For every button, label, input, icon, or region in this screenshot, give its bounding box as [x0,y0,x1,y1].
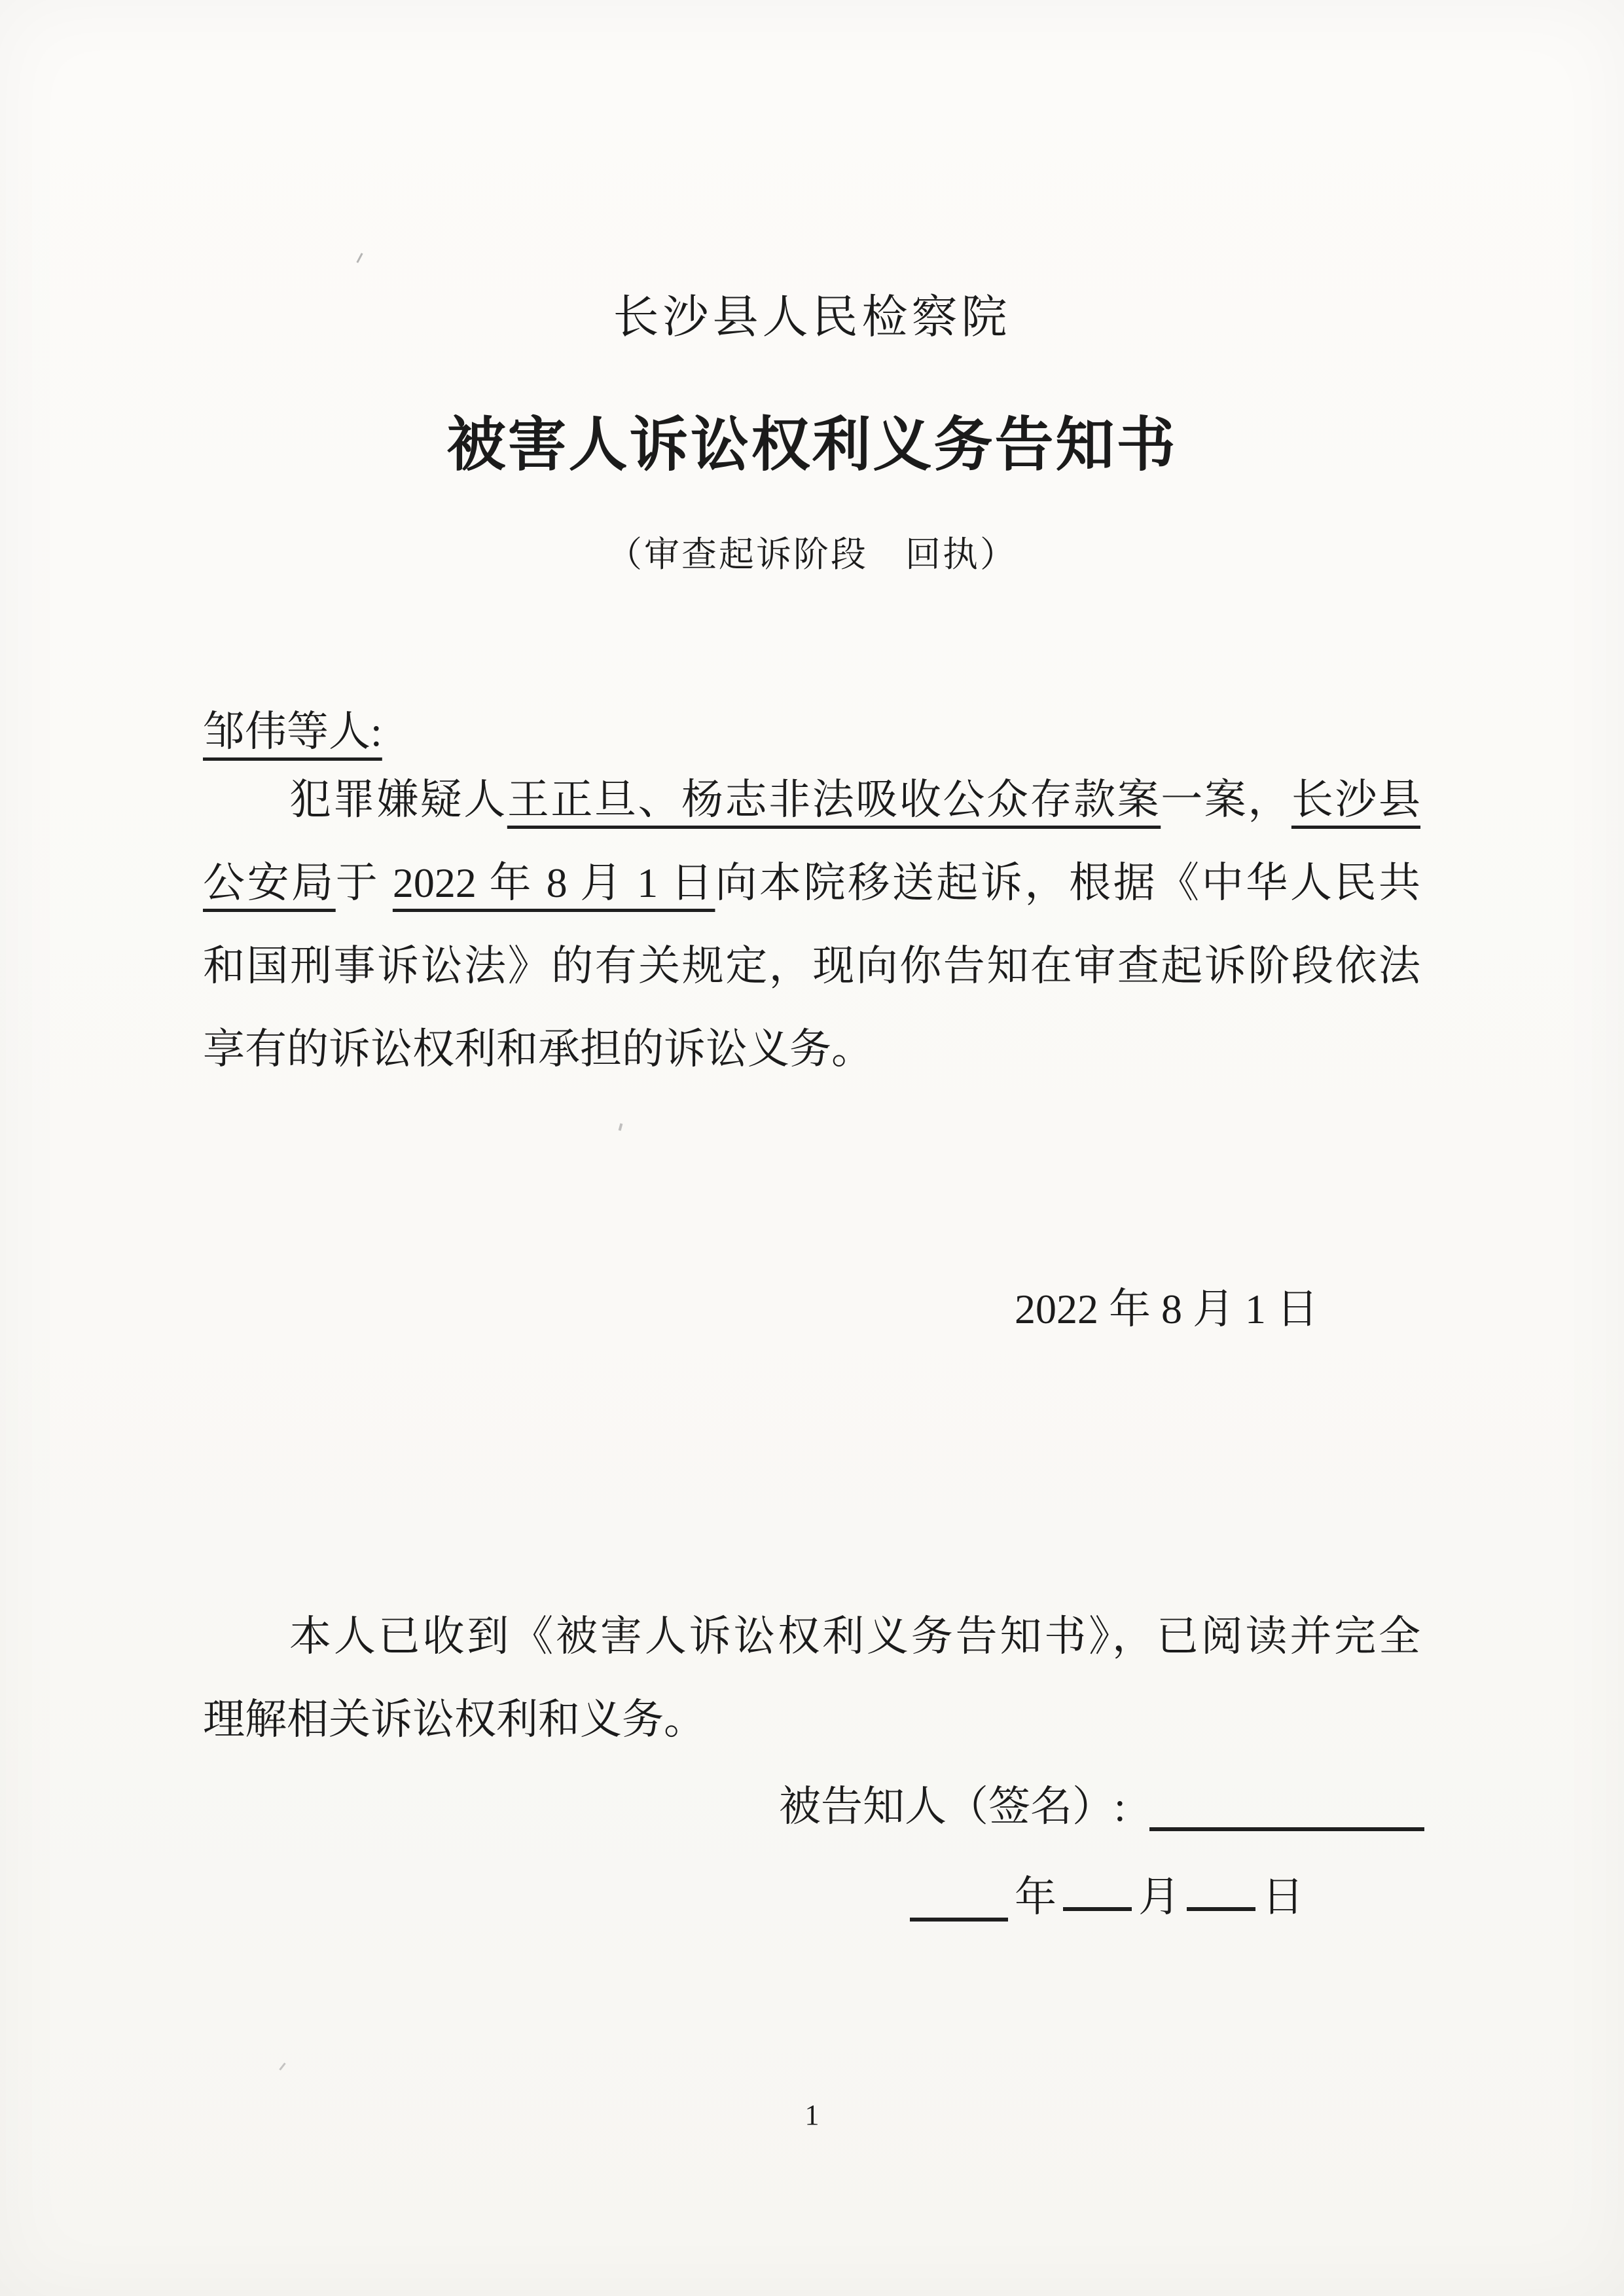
text-run: 于 [336,860,393,906]
signature-line: 被告知人（签名）: [779,1773,1424,1833]
underlined-text: 长沙县 [1291,776,1420,823]
body-line: 理解相关诉讼权利和义务。 [203,1678,1420,1761]
scan-artifact [619,1123,623,1131]
date-fill-line: 年月日 [910,1863,1304,1923]
month-blank [1063,1898,1132,1911]
document-subtitle: （审查起诉阶段 回执） [0,526,1624,577]
body-line: 公安局于 2022 年 8 月 1 日向本院移送起诉，根据《中华人民共 [203,841,1420,924]
scanned-document-page: 长沙县人民检察院 被害人诉讼权利义务告知书 （审查起诉阶段 回执） 邹伟等人: … [0,0,1624,2296]
notice-body-paragraph: 犯罪嫌疑人王正旦、杨志非法吸收公众存款案一案，长沙县公安局于 2022 年 8 … [203,758,1420,1091]
recipient-name: 邹伟等人: [203,708,382,755]
text-run: 理解相关诉讼权利和义务。 [203,1696,706,1743]
text-run: 犯罪嫌疑人 [289,776,507,823]
signature-label: 被告知人（签名）: [779,1783,1126,1830]
year-blank [910,1908,1008,1922]
text-run: 和国刑事诉讼法》的有关规定，现向你告知在审查起诉阶段依法 [203,943,1420,989]
underlined-text: 2022 年 8 月 1 日 [393,860,715,906]
document-title: 被害人诉讼权利义务告知书 [0,397,1624,482]
underlined-text: 公安局 [203,860,336,906]
signature-blank [1149,1818,1424,1831]
body-line: 本人已收到《被害人诉讼权利义务告知书》，已阅读并完全 [203,1595,1420,1678]
scan-artifact [279,2062,285,2070]
month-label: 月 [1138,1874,1180,1920]
scan-artifact [356,253,363,263]
day-blank [1187,1898,1255,1911]
issue-date: 2022 年 8 月 1 日 [1015,1275,1318,1336]
body-line: 享有的诉讼权利和承担的诉讼义务。 [203,1008,1420,1091]
page-number: 1 [0,2098,1624,2132]
salutation-line: 邹伟等人: [203,698,382,758]
org-name: 长沙县人民检察院 [0,280,1624,346]
text-run: 一案， [1161,776,1291,823]
text-run: 向本院移送起诉，根据《中华人民共 [715,860,1420,906]
day-label: 日 [1262,1874,1304,1920]
body-line: 犯罪嫌疑人王正旦、杨志非法吸收公众存款案一案，长沙县 [203,758,1420,841]
text-run: 享有的诉讼权利和承担的诉讼义务。 [203,1026,873,1072]
underlined-text: 王正旦、杨志非法吸收公众存款案 [507,776,1161,823]
body-line: 和国刑事诉讼法》的有关规定，现向你告知在审查起诉阶段依法 [203,924,1420,1008]
year-label: 年 [1015,1874,1056,1920]
receipt-acknowledgement-paragraph: 本人已收到《被害人诉讼权利义务告知书》，已阅读并完全理解相关诉讼权利和义务。 [203,1595,1420,1761]
text-run: 本人已收到《被害人诉讼权利义务告知书》，已阅读并完全 [289,1613,1420,1660]
